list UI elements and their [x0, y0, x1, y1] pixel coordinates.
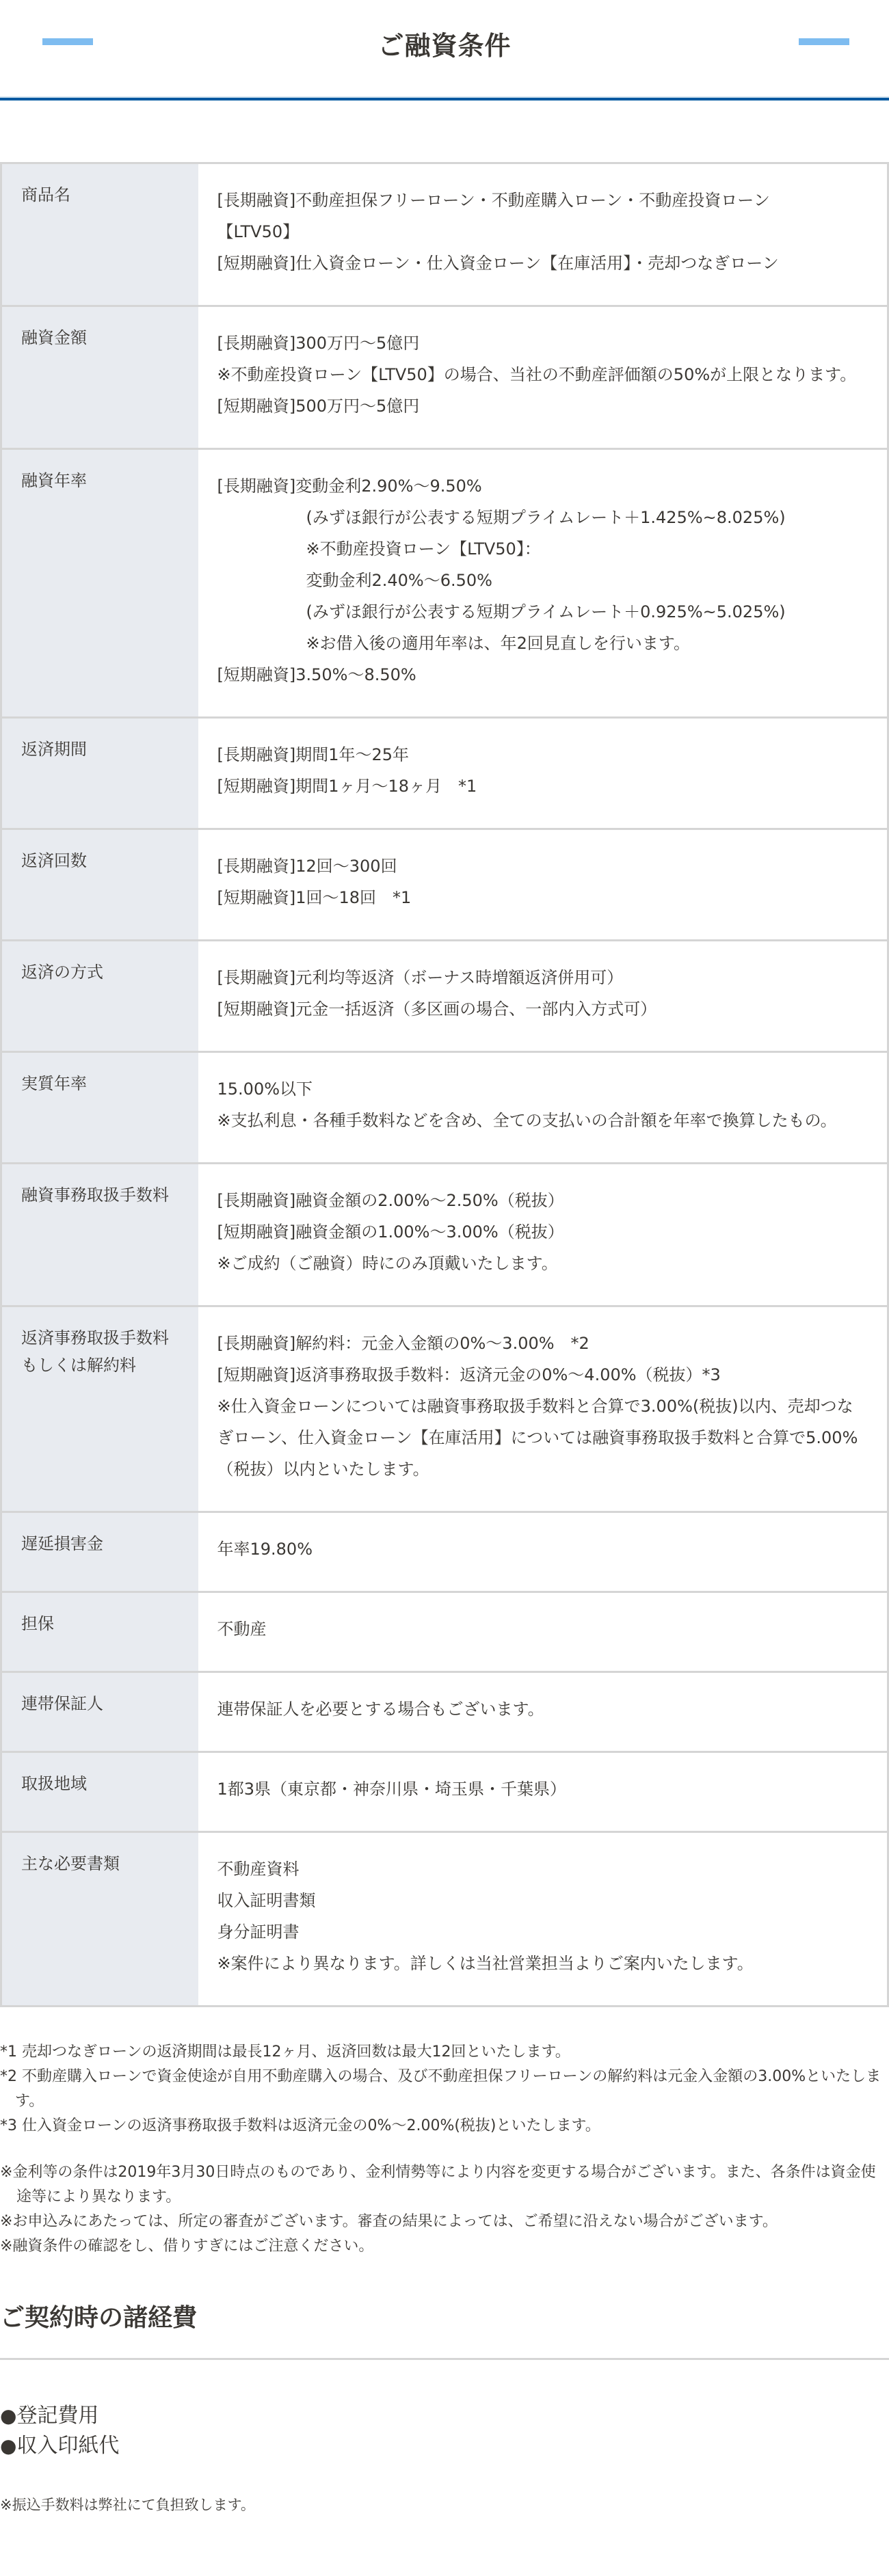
row-label-line: もしくは解約料	[21, 1352, 185, 1379]
table-row: 返済の方式[長期融資]元利均等返済（ボーナス時増額返済併用可）[短期融資]元金一…	[1, 941, 888, 1052]
disclaimer-note: ※金利等の条件は2019年3月30日時点のものであり、金利情勢等により内容を変更…	[0, 2160, 886, 2210]
footnote: *2 不動産購入ローンで資金使途が自用不動産購入の場合、及び不動産担保フリーロー…	[0, 2065, 884, 2114]
row-label: 商品名	[1, 163, 198, 306]
row-label-line: 融資事務取扱手数料	[21, 1181, 185, 1209]
cost-item-label: 収入印紙代	[16, 2434, 119, 2458]
row-value: [長期融資]変動金利2.90%〜9.50%(みずほ銀行が公表する短期プライムレー…	[198, 449, 888, 718]
page-title: ご融資条件	[0, 25, 889, 62]
cost-item: ●収入印紙代	[0, 2431, 889, 2461]
page-header: ご融資条件	[0, 0, 889, 100]
row-value-line: [短期融資]融資金額の1.00%〜3.00%（税抜）	[217, 1216, 867, 1248]
row-value-line: 不動産	[217, 1613, 867, 1645]
row-label: 実質年率	[1, 1052, 198, 1164]
cost-item-label: 登記費用	[16, 2404, 98, 2428]
row-value: 年率19.80%	[198, 1512, 888, 1592]
table-row: 主な必要書類不動産資料収入証明書類身分証明書※案件により異なります。詳しくは当社…	[1, 1832, 888, 2007]
row-label: 融資年率	[1, 449, 198, 718]
row-value-line: (みずほ銀行が公表する短期プライムレート＋0.925%~5.025%)	[217, 596, 867, 628]
row-label-line: 取扱地域	[21, 1770, 185, 1797]
row-label: 返済回数	[1, 829, 198, 941]
row-label: 取扱地域	[1, 1752, 198, 1832]
row-value-line: [短期融資]1回〜18回 *1	[217, 882, 867, 913]
notes: ※金利等の条件は2019年3月30日時点のものであり、金利情勢等により内容を変更…	[0, 2160, 889, 2259]
row-value-line: [長期融資]期間1年〜25年	[217, 739, 867, 770]
row-value: 15.00%以下※支払利息・各種手数料などを含め、全ての支払いの合計額を年率で換…	[198, 1052, 888, 1164]
row-value-line: ※お借入後の適用年率は、年2回見直しを行います。	[217, 628, 867, 659]
row-value-line: (みずほ銀行が公表する短期プライムレート＋1.425%~8.025%)	[217, 502, 867, 533]
transfer-fee-note: ※振込手数料は弊社にて負担致します。	[0, 2494, 889, 2576]
row-value-line: [短期融資]3.50%〜8.50%	[217, 659, 867, 690]
row-value-line: [短期融資]元金一括返済（多区画の場合、一部内入方式可）	[217, 993, 867, 1025]
row-value: [長期融資]12回〜300回[短期融資]1回〜18回 *1	[198, 829, 888, 941]
row-label-line: 融資金額	[21, 324, 185, 351]
row-label: 返済事務取扱手数料もしくは解約料	[1, 1306, 198, 1512]
row-value-line: 1都3県（東京都・神奈川県・埼玉県・千葉県）	[217, 1773, 867, 1805]
row-value-line: 15.00%以下	[217, 1073, 867, 1105]
row-value-line: [長期融資]元利均等返済（ボーナス時増額返済併用可）	[217, 962, 867, 993]
table-row: 連帯保証人連帯保証人を必要とする場合もございます。	[1, 1672, 888, 1752]
row-value-line: 連帯保証人を必要とする場合もございます。	[217, 1693, 867, 1725]
row-label-line: 返済の方式	[21, 958, 185, 986]
table-row: 融資事務取扱手数料[長期融資]融資金額の2.00%〜2.50%（税抜）[短期融資…	[1, 1164, 888, 1306]
row-label-line: 連帯保証人	[21, 1690, 185, 1717]
row-value: [長期融資]300万円〜5億円※不動産投資ローン【LTV50】の場合、当社の不動…	[198, 306, 888, 449]
row-label-line: 返済事務取扱手数料	[21, 1324, 185, 1352]
row-value-line: [長期融資]不動産担保フリーローン・不動産購入ローン・不動産投資ローン	[217, 185, 867, 216]
row-label: 返済期間	[1, 718, 198, 829]
contract-costs-title: ご契約時の諸経費	[0, 2298, 889, 2360]
table-row: 実質年率15.00%以下※支払利息・各種手数料などを含め、全ての支払いの合計額を…	[1, 1052, 888, 1164]
bullet-icon: ●	[0, 2434, 16, 2457]
row-value: [長期融資]期間1年〜25年[短期融資]期間1ヶ月〜18ヶ月 *1	[198, 718, 888, 829]
loan-conditions-body: 商品名[長期融資]不動産担保フリーローン・不動産購入ローン・不動産投資ローン【L…	[1, 163, 888, 2007]
row-value-line: 変動金利2.40%〜6.50%	[217, 565, 867, 596]
row-label-line: 実質年率	[21, 1070, 185, 1097]
table-row: 融資年率[長期融資]変動金利2.90%〜9.50%(みずほ銀行が公表する短期プラ…	[1, 449, 888, 718]
row-label-line: 返済回数	[21, 847, 185, 874]
footnote: *3 仕入資金ローンの返済事務取扱手数料は返済元金の0%〜2.00%(税抜)とい…	[0, 2114, 884, 2138]
row-label-line: 融資年率	[21, 467, 185, 494]
row-label: 融資事務取扱手数料	[1, 1164, 198, 1306]
table-row: 返済回数[長期融資]12回〜300回[短期融資]1回〜18回 *1	[1, 829, 888, 941]
row-value: [長期融資]解約料：元金入金額の0%〜3.00% *2[短期融資]返済事務取扱手…	[198, 1306, 888, 1512]
row-value-line: [短期融資]仕入資金ローン・仕入資金ローン【在庫活用】・売却つなぎローン	[217, 247, 867, 279]
row-value-line: [短期融資]500万円〜5億円	[217, 390, 867, 422]
table-row: 商品名[長期融資]不動産担保フリーローン・不動産購入ローン・不動産投資ローン【L…	[1, 163, 888, 306]
row-value-line: 不動産資料	[217, 1853, 867, 1885]
footnote: *1 売却つなぎローンの返済期間は最長12ヶ月、返済回数は最大12回といたします…	[0, 2040, 884, 2065]
row-value-line: 身分証明書	[217, 1916, 867, 1948]
row-value-line: ※ご成約（ご融資）時にのみ頂戴いたします。	[217, 1248, 867, 1279]
table-row: 取扱地域1都3県（東京都・神奈川県・埼玉県・千葉県）	[1, 1752, 888, 1832]
row-value-line: [長期融資]300万円〜5億円	[217, 327, 867, 359]
row-label-line: 遅延損害金	[21, 1530, 185, 1557]
row-value: [長期融資]元利均等返済（ボーナス時増額返済併用可）[短期融資]元金一括返済（多…	[198, 941, 888, 1052]
row-value-line: ※不動産投資ローン【LTV50】の場合、当社の不動産評価額の50%が上限となりま…	[217, 359, 867, 390]
row-label-line: 主な必要書類	[21, 1850, 185, 1877]
row-label-line: 担保	[21, 1610, 185, 1637]
row-value: 連帯保証人を必要とする場合もございます。	[198, 1672, 888, 1752]
row-value: [長期融資]融資金額の2.00%〜2.50%（税抜）[短期融資]融資金額の1.0…	[198, 1164, 888, 1306]
disclaimer-note: ※お申込みにあたっては、所定の審査がございます。審査の結果によっては、ご希望に沿…	[0, 2210, 886, 2234]
table-row: 返済事務取扱手数料もしくは解約料[長期融資]解約料：元金入金額の0%〜3.00%…	[1, 1306, 888, 1512]
row-label: 遅延損害金	[1, 1512, 198, 1592]
row-label: 融資金額	[1, 306, 198, 449]
row-value-line: [長期融資]変動金利2.90%〜9.50%	[217, 470, 867, 502]
row-value-line: [短期融資]返済事務取扱手数料：返済元金の0%〜4.00%（税抜）*3	[217, 1359, 867, 1391]
row-value: 不動産資料収入証明書類身分証明書※案件により異なります。詳しくは当社営業担当より…	[198, 1832, 888, 2007]
loan-conditions-table: 商品名[長期融資]不動産担保フリーローン・不動産購入ローン・不動産投資ローン【L…	[0, 162, 889, 2007]
row-value-line: 【LTV50】	[217, 216, 867, 247]
row-value-line: [長期融資]融資金額の2.00%〜2.50%（税抜）	[217, 1185, 867, 1216]
contract-costs-list: ●登記費用●収入印紙代	[0, 2401, 889, 2461]
row-value-line: ※案件により異なります。詳しくは当社営業担当よりご案内いたします。	[217, 1948, 867, 1979]
row-value-line: 年率19.80%	[217, 1533, 867, 1565]
row-value-line: 収入証明書類	[217, 1885, 867, 1916]
row-value-line: [長期融資]解約料：元金入金額の0%〜3.00% *2	[217, 1328, 867, 1359]
row-label: 連帯保証人	[1, 1672, 198, 1752]
row-value-line: [短期融資]期間1ヶ月〜18ヶ月 *1	[217, 770, 867, 802]
row-value-line: ※支払利息・各種手数料などを含め、全ての支払いの合計額を年率で換算したもの。	[217, 1105, 867, 1136]
row-value: 不動産	[198, 1592, 888, 1672]
row-value-line: ※不動産投資ローン【LTV50】：	[217, 533, 867, 565]
table-row: 融資金額[長期融資]300万円〜5億円※不動産投資ローン【LTV50】の場合、当…	[1, 306, 888, 449]
decorative-dash-right	[799, 38, 849, 45]
row-label-line: 商品名	[21, 181, 185, 209]
table-row: 担保不動産	[1, 1592, 888, 1672]
row-value-line: ※仕入資金ローンについては融資事務取扱手数料と合算で3.00%(税抜)以内、売却…	[217, 1391, 867, 1485]
row-label: 返済の方式	[1, 941, 198, 1052]
row-value-line: [長期融資]12回〜300回	[217, 850, 867, 882]
row-label-line: 返済期間	[21, 736, 185, 763]
disclaimer-note: ※融資条件の確認をし、借りすぎにはご注意ください。	[0, 2234, 886, 2259]
table-row: 返済期間[長期融資]期間1年〜25年[短期融資]期間1ヶ月〜18ヶ月 *1	[1, 718, 888, 829]
footnotes: *1 売却つなぎローンの返済期間は最長12ヶ月、返済回数は最大12回といたします…	[0, 2040, 889, 2138]
row-label: 主な必要書類	[1, 1832, 198, 2007]
row-value: 1都3県（東京都・神奈川県・埼玉県・千葉県）	[198, 1752, 888, 1832]
cost-item: ●登記費用	[0, 2401, 889, 2431]
bullet-icon: ●	[0, 2404, 16, 2427]
table-row: 遅延損害金年率19.80%	[1, 1512, 888, 1592]
row-value: [長期融資]不動産担保フリーローン・不動産購入ローン・不動産投資ローン【LTV5…	[198, 163, 888, 306]
row-label: 担保	[1, 1592, 198, 1672]
